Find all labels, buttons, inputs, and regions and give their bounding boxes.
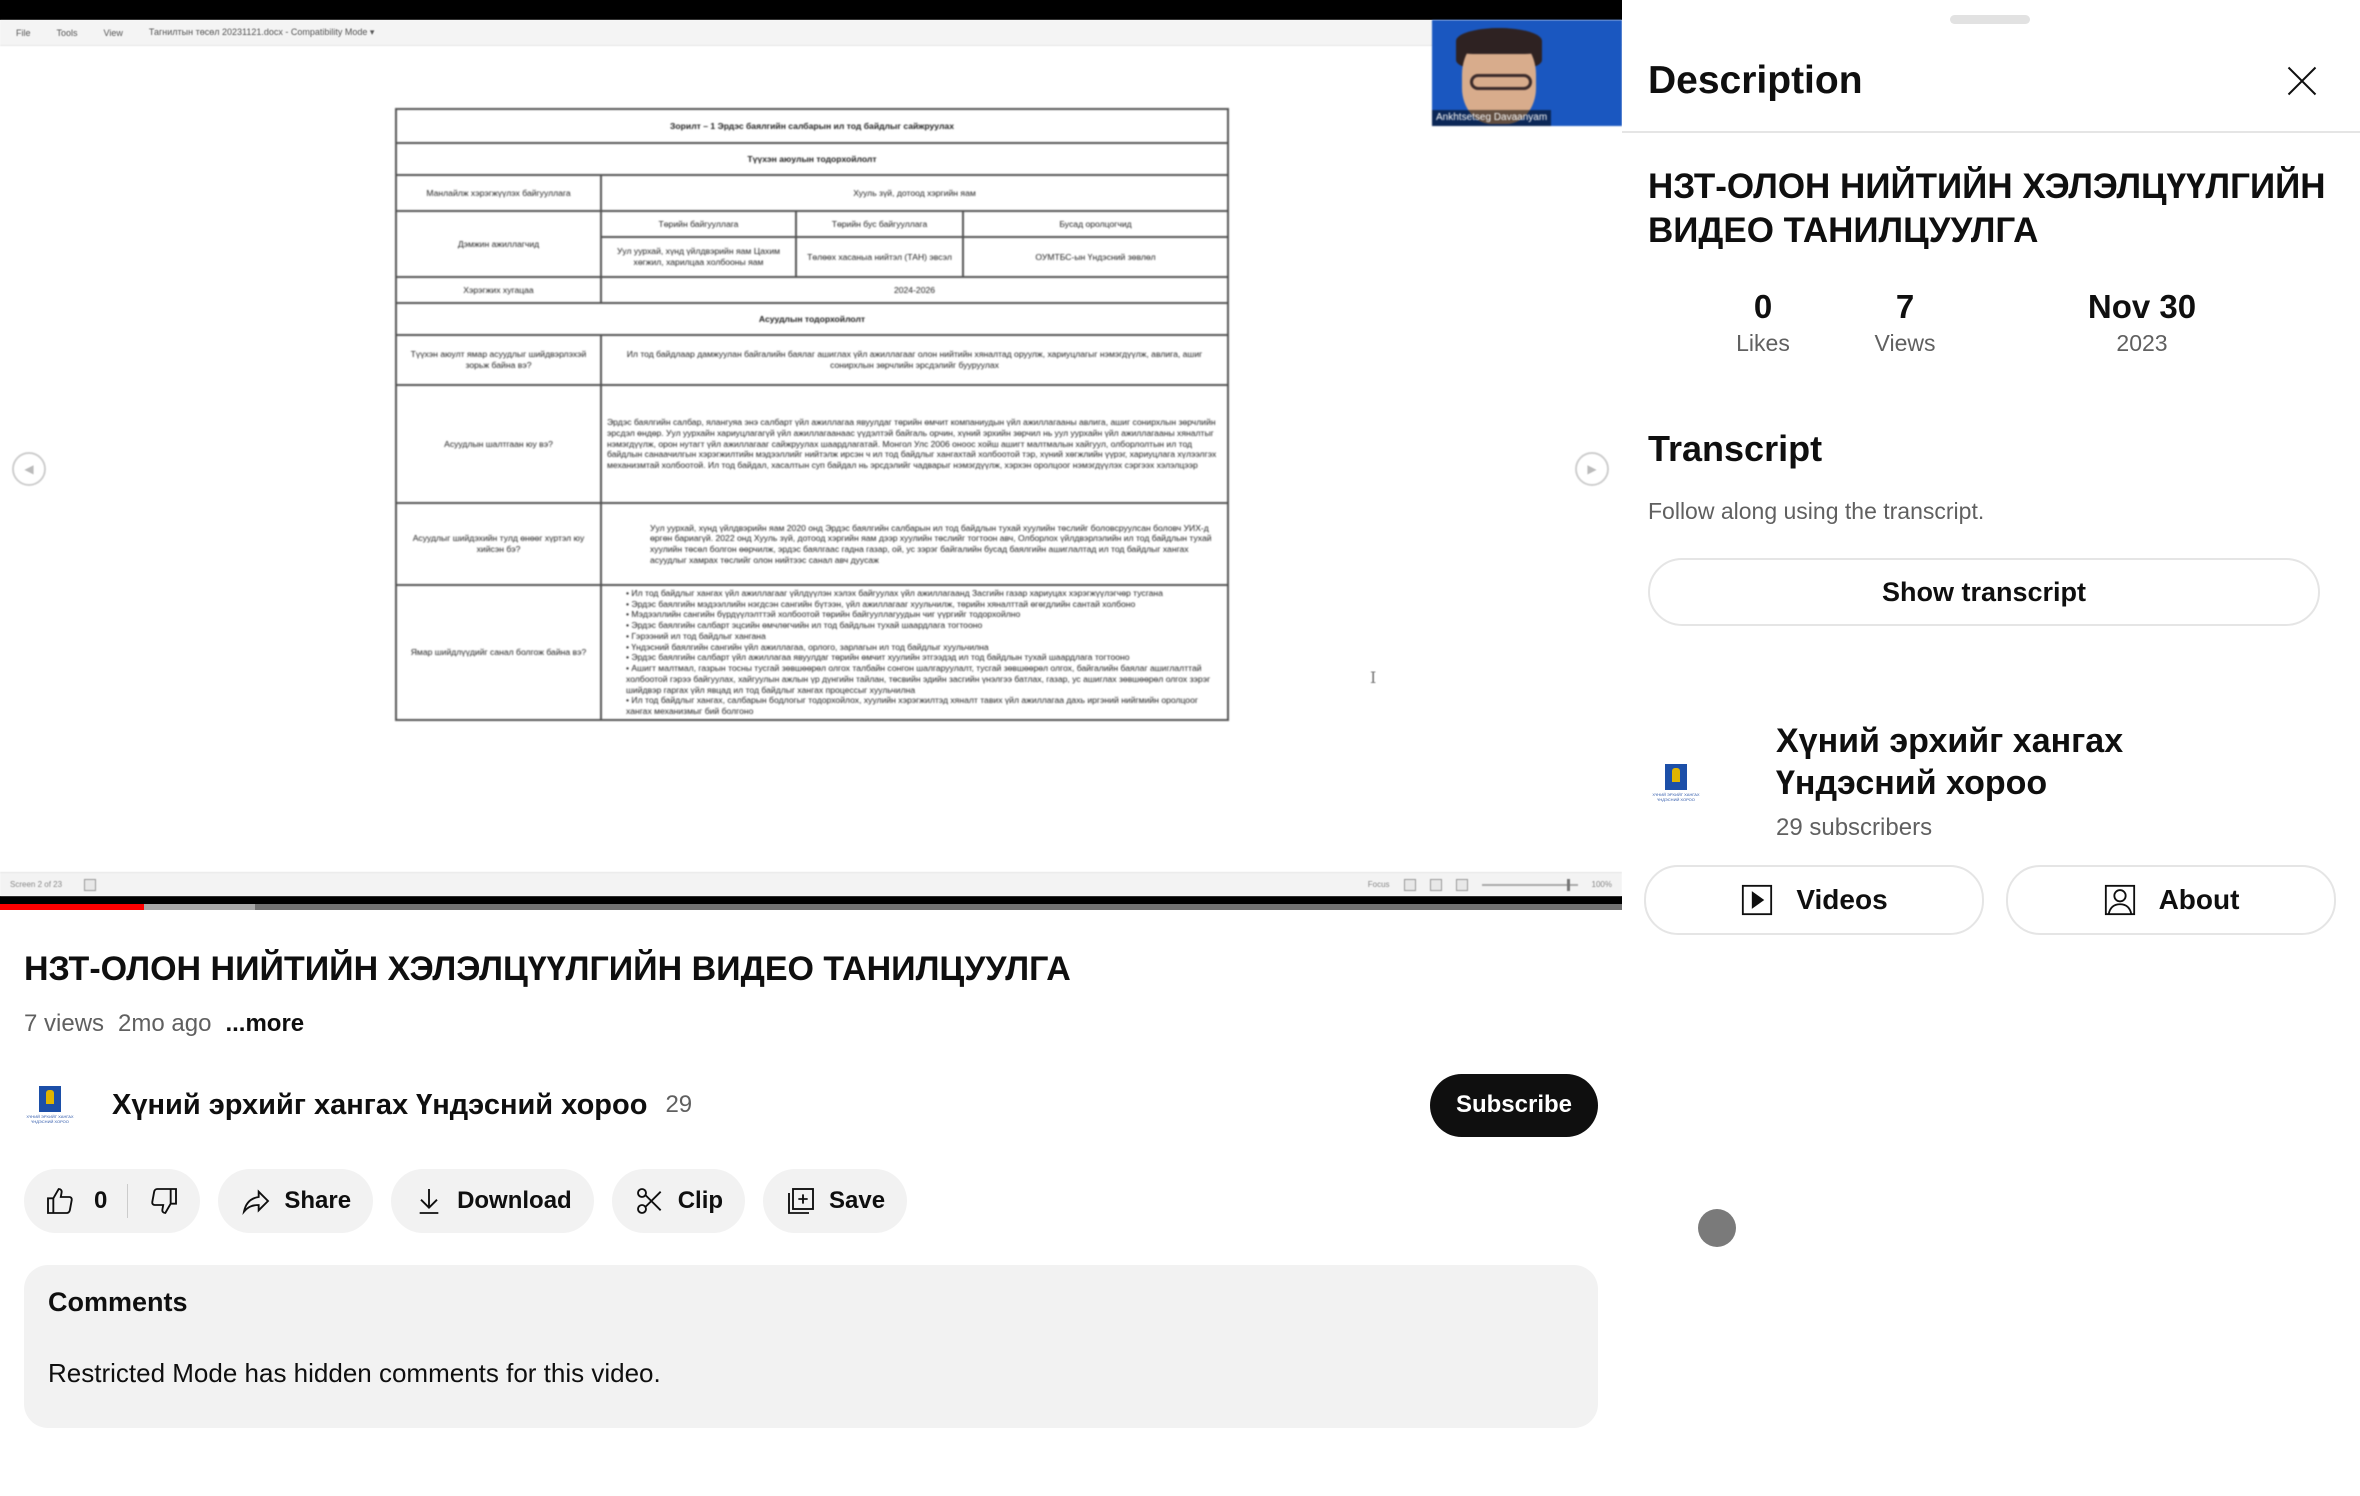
video-player[interactable]: File Tools View Тагнилтын төсөл 20231121…	[0, 0, 1622, 906]
doc-page-indicator: Screen 2 of 23	[10, 880, 62, 889]
doc-zoom-level: 100%	[1592, 880, 1612, 889]
video-meta[interactable]: 7 views 2mo ago ...more	[24, 1010, 304, 1038]
doc-cell-header: Төрийн байгууллага	[601, 211, 796, 237]
doc-menu-file: File	[16, 28, 31, 38]
doc-table-title: Зорилт – 1 Эрдэс баялгийн салбарын ил то…	[396, 109, 1228, 143]
channel-about-button[interactable]: About	[2006, 865, 2336, 935]
doc-bullet-item: Гэрээний ил тод байдлыг хангана	[626, 631, 1222, 642]
like-button[interactable]: 0	[44, 1185, 107, 1217]
doc-cell-value: Эрдэс баялгийн салбар, ялангуяа энэ салб…	[601, 385, 1228, 503]
video-progress-bar[interactable]	[0, 904, 1622, 910]
save-playlist-icon	[785, 1185, 817, 1217]
download-button[interactable]: Download	[391, 1169, 594, 1233]
doc-cell-label: Асуудлын шалтгаан юу вэ?	[396, 385, 601, 503]
doc-bullet-list: Ил тод байдлыг хангах үйл ажиллагааг үйл…	[626, 588, 1222, 717]
chevron-left-icon: ◀	[24, 462, 33, 476]
like-divider	[127, 1184, 128, 1218]
description-header: Description	[1622, 55, 2360, 133]
doc-cell-header: Бусад оролцогчид	[963, 211, 1228, 237]
comments-restricted-message: Restricted Mode has hidden comments for …	[48, 1358, 1574, 1389]
document-menubar: File Tools View Тагнилтын төсөл 20231121…	[0, 20, 1622, 46]
doc-view-read-icon	[1430, 879, 1442, 891]
comments-title: Comments	[48, 1287, 1574, 1318]
doc-cell-label: Манлайлж хэрэгжүүлэх байгууллага	[396, 175, 601, 211]
download-icon	[413, 1185, 445, 1217]
webcam-thumbnail: Ankhtsetseg Davaanyam	[1432, 20, 1622, 126]
close-icon[interactable]	[2284, 63, 2320, 99]
doc-cell-label: Түүхэн аюулт ямар асуудлыг шийдвэрлэхэй …	[396, 335, 601, 385]
upload-age: 2mo ago	[118, 1010, 211, 1038]
description-video-title: НЗТ-ОЛОН НИЙТИЙН ХЭЛЭЛЦҮҮЛГИЙН ВИДЕО ТАН…	[1648, 165, 2348, 253]
doc-cell-value: 2024-2026	[601, 277, 1228, 303]
doc-view-print-icon	[1404, 879, 1416, 891]
scissors-icon	[634, 1185, 666, 1217]
doc-title: Тагнилтын төсөл 20231121.docx - Compatib…	[149, 27, 375, 38]
doc-cell-label: Ямар шийдлүүдийг санал болгож байна вэ?	[396, 585, 601, 720]
doc-bullet-item: Ил тод байдлыг хангах үйл ажиллагааг үйл…	[626, 588, 1222, 599]
doc-bullet-item: Мэдээллийн сангийн бүрдүүлэлттэй холбоот…	[626, 609, 1222, 620]
drag-handle[interactable]	[1950, 15, 2030, 24]
soyombo-emblem-icon	[39, 1086, 61, 1112]
doc-focus-label: Focus	[1368, 880, 1390, 889]
doc-cell-value: Төлөөх хасаныа нийтэл (ТАН) эвсэл	[796, 237, 963, 277]
channel-row: ХҮНИЙ ЭРХИЙГ ХАНГАХ ҮНДЭСНИЙ ХОРОО Хүний…	[24, 1073, 1598, 1137]
doc-cell-value: Уул уурхай, хүнд үйлдвэрийн яам 2020 онд…	[601, 503, 1228, 585]
stat-views: 7 Views	[1805, 288, 2005, 357]
channel-subscriber-count: 29	[665, 1091, 692, 1119]
doc-bullet-item: Ашигт малтмал, газрын тосны тусгай зөвшө…	[626, 663, 1222, 695]
channel-avatar[interactable]: ХҮНИЙ ЭРХИЙГ ХАНГАХ ҮНДЭСНИЙ ХОРОО	[24, 1079, 76, 1131]
like-count: 0	[94, 1187, 107, 1215]
channel-videos-button[interactable]: Videos	[1644, 865, 1984, 935]
webcam-name: Ankhtsetseg Davaanyam	[1432, 110, 1551, 126]
next-slide-button[interactable]: ▶	[1575, 452, 1609, 486]
doc-bullet-item: Эрдэс баялгийн салбарт үйл ажиллагаа яву…	[626, 652, 1222, 663]
doc-cell-header: Төрийн бус байгууллага	[796, 211, 963, 237]
dislike-button[interactable]	[148, 1185, 180, 1217]
document-table: Зорилт – 1 Эрдэс баялгийн салбарын ил то…	[395, 108, 1229, 721]
chevron-right-icon: ▶	[1587, 462, 1596, 476]
doc-cell-value: Уул уурхай, хүнд үйлдвэрийн яам Цахим хө…	[601, 237, 796, 277]
doc-cell-label: Асуудлыг шийдэхийн тулд өнөөг хүртэл юу …	[396, 503, 601, 585]
previous-slide-button[interactable]: ◀	[12, 452, 46, 486]
doc-menu-view: View	[104, 28, 123, 38]
subscribe-button[interactable]: Subscribe	[1430, 1074, 1598, 1137]
video-title: НЗТ-ОЛОН НИЙТИЙН ХЭЛЭЛЦҮҮЛГИЙН ВИДЕО ТАН…	[24, 950, 1071, 989]
description-heading: Description	[1648, 59, 1863, 103]
channel-name[interactable]: Хүний эрхийг хангах Үндэсний хороо	[112, 1089, 647, 1122]
doc-cell-label: Дэмжин ажиллагчид	[396, 211, 601, 277]
progress-played	[0, 904, 144, 910]
shared-screen: File Tools View Тагнилтын төсөл 20231121…	[0, 20, 1622, 896]
comments-section[interactable]: Comments Restricted Mode has hidden comm…	[24, 1265, 1598, 1428]
doc-cell-value: Хууль зүй, дотоод хэргийн яам	[601, 175, 1228, 211]
view-count: 7 views	[24, 1010, 104, 1038]
transcript-heading: Transcript	[1648, 428, 1822, 470]
soyombo-emblem-icon	[1665, 764, 1687, 790]
more-link[interactable]: ...more	[225, 1010, 304, 1038]
doc-view-web-icon	[1456, 879, 1468, 891]
doc-menu-tools: Tools	[57, 28, 78, 38]
person-box-icon	[2103, 883, 2137, 917]
panel-channel-subscribers: 29 subscribers	[1776, 814, 1932, 842]
description-panel: Description НЗТ-ОЛОН НИЙТИЙН ХЭЛЭЛЦҮҮЛГИ…	[1622, 0, 2360, 1496]
doc-bullet-item: Эрдэс баялгийн мэдээллийн нэгдсэн сангий…	[626, 599, 1222, 610]
show-transcript-button[interactable]: Show transcript	[1648, 558, 2320, 626]
video-stats: 0 Likes 7 Views Nov 30 2023	[1622, 288, 2360, 358]
transcript-subtitle: Follow along using the transcript.	[1648, 498, 1984, 525]
save-button[interactable]: Save	[763, 1169, 907, 1233]
touch-indicator	[1698, 1209, 1736, 1247]
thumbs-down-icon	[148, 1185, 180, 1217]
doc-cell-value: Ил тод байдлаар дамжуулан байгалийн баял…	[601, 335, 1228, 385]
play-box-icon	[1740, 883, 1774, 917]
doc-bullet-item: Эрдэс баялгийн салбарт эцсийн өмчлөгчийн…	[626, 620, 1222, 631]
share-button[interactable]: Share	[218, 1169, 373, 1233]
doc-section-heading: Асуудлын тодорхойлолт	[396, 303, 1228, 335]
document-statusbar: Screen 2 of 23 Focus 100%	[0, 872, 1622, 896]
like-dislike-group: 0	[24, 1169, 200, 1233]
doc-bullet-item: Үндэсний баялгийн сангийн үйл ажиллагаа,…	[626, 642, 1222, 653]
panel-channel-avatar[interactable]: ХҮНИЙ ЭРХИЙГ ХАНГАХ ҮНДЭСНИЙ ХОРОО	[1648, 755, 1704, 811]
stat-upload-date: Nov 30 2023	[2042, 288, 2242, 357]
doc-section-heading: Түүхэн аюулын тодорхойлолт	[396, 143, 1228, 175]
doc-cell-value: ОУМТБС-ын Үндэсний зөвлөл	[963, 237, 1228, 277]
clip-button[interactable]: Clip	[612, 1169, 745, 1233]
text-cursor-icon: I	[1370, 668, 1376, 687]
doc-zoom-slider	[1482, 884, 1578, 886]
thumbs-up-icon	[44, 1185, 76, 1217]
doc-layout-icon	[84, 879, 96, 891]
doc-bullet-item: Ил тод байдлыг хангах, салбарын бодлогыг…	[626, 695, 1222, 716]
doc-cell-label: Хэрэгжих хугацаа	[396, 277, 601, 303]
share-icon	[240, 1185, 272, 1217]
action-bar: 0 Share Download Clip Save	[24, 1169, 907, 1233]
panel-channel-name: Хүний эрхийг хангах Үндэсний хороо	[1776, 720, 2296, 804]
